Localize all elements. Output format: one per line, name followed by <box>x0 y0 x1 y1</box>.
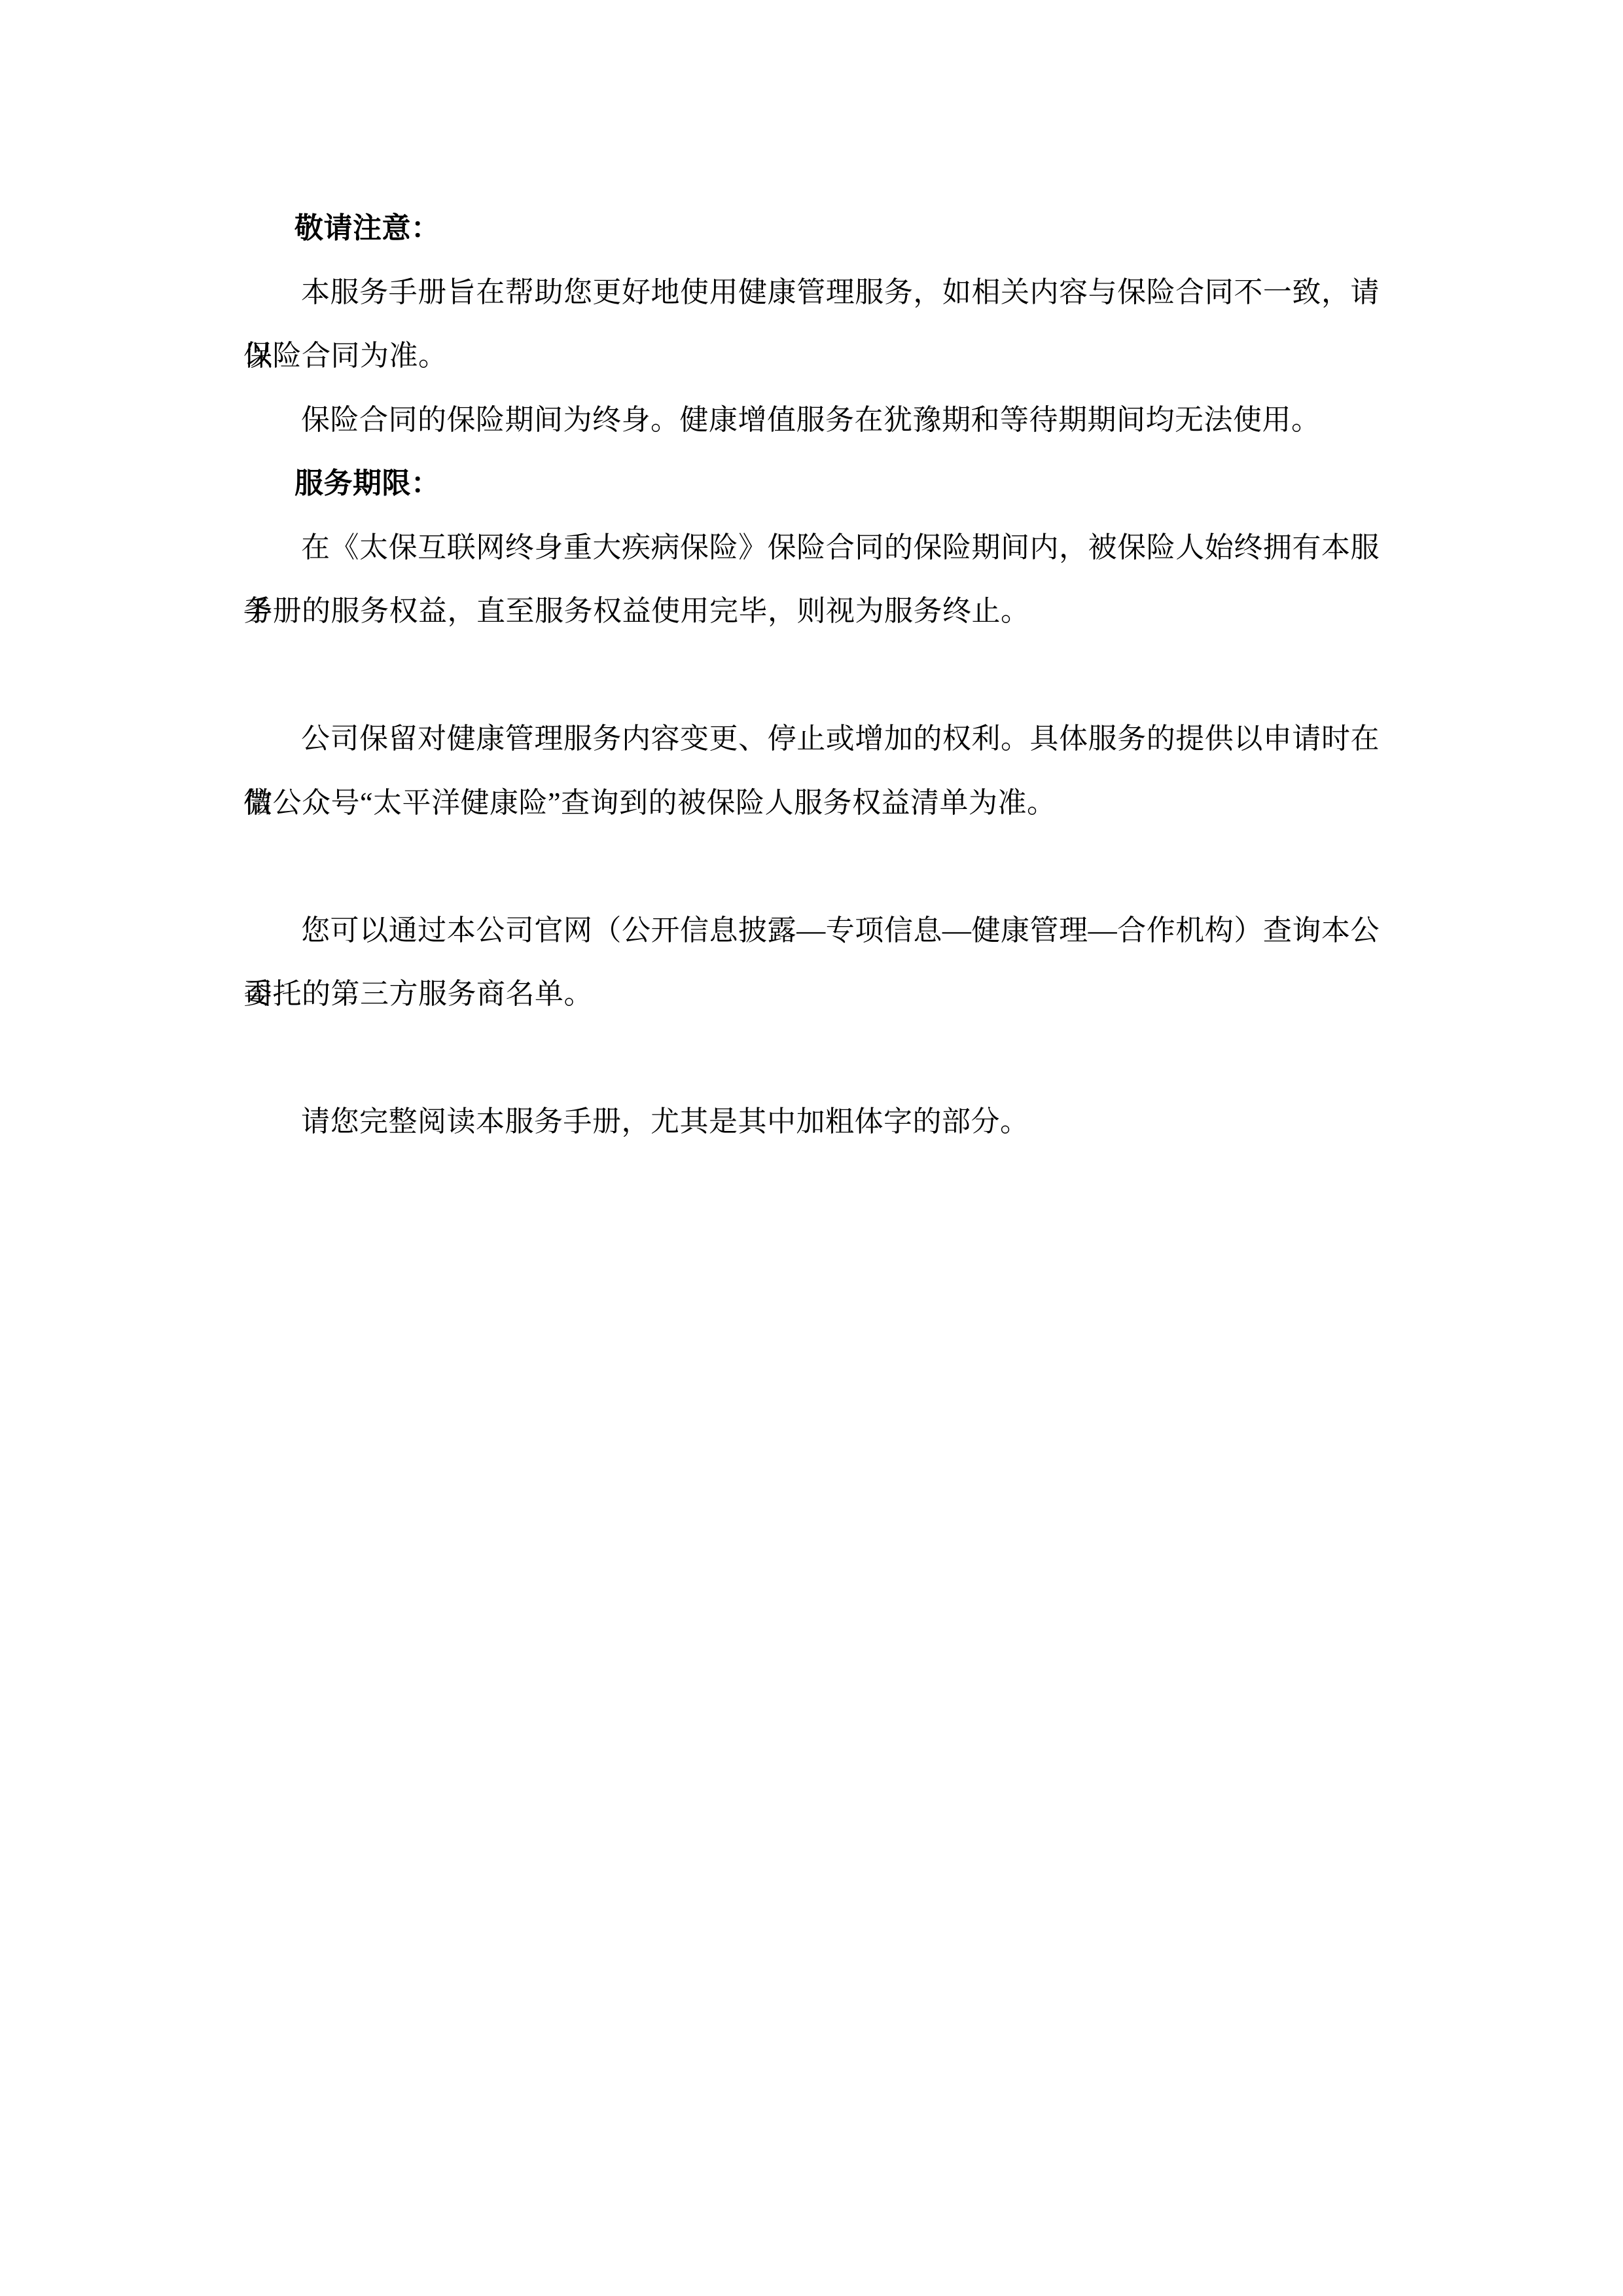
paragraph-line: 委托的第三方服务商名单。 <box>243 962 1380 1026</box>
document-page: 敬请注意： 本服务手册旨在帮助您更好地使用健康管理服务，如相关内容与保险合同不一… <box>243 196 1380 1154</box>
paragraph-line: 本服务手册旨在帮助您更好地使用健康管理服务，如相关内容与保险合同不一致，请以 <box>243 260 1380 325</box>
paragraph-line: 您可以通过本公司官网（公开信息披露—专项信息—健康管理—合作机构）查询本公司 <box>243 899 1380 963</box>
paragraph-line: 保险合同为准。 <box>243 324 1380 388</box>
paragraph-line: 信公众号“太平洋健康险”查询到的被保险人服务权益清单为准。 <box>243 771 1380 835</box>
paragraph-line: 手册的服务权益，直至服务权益使用完毕，则视为服务终止。 <box>243 579 1380 643</box>
paragraph-line: 保险合同的保险期间为终身。健康增值服务在犹豫期和等待期期间均无法使用。 <box>243 388 1380 452</box>
service-period-heading: 服务期限： <box>243 452 1380 516</box>
blank-line <box>243 643 1380 708</box>
blank-line <box>243 834 1380 899</box>
blank-line <box>243 1026 1380 1090</box>
paragraph-line: 请您完整阅读本服务手册，尤其是其中加粗体字的部分。 <box>243 1090 1380 1154</box>
notice-heading: 敬请注意： <box>243 196 1380 260</box>
paragraph-line: 在《太保互联网终身重大疾病保险》保险合同的保险期间内，被保险人始终拥有本服务 <box>243 516 1380 580</box>
paragraph-line: 公司保留对健康管理服务内容变更、停止或增加的权利。具体服务的提供以申请时在微 <box>243 707 1380 771</box>
